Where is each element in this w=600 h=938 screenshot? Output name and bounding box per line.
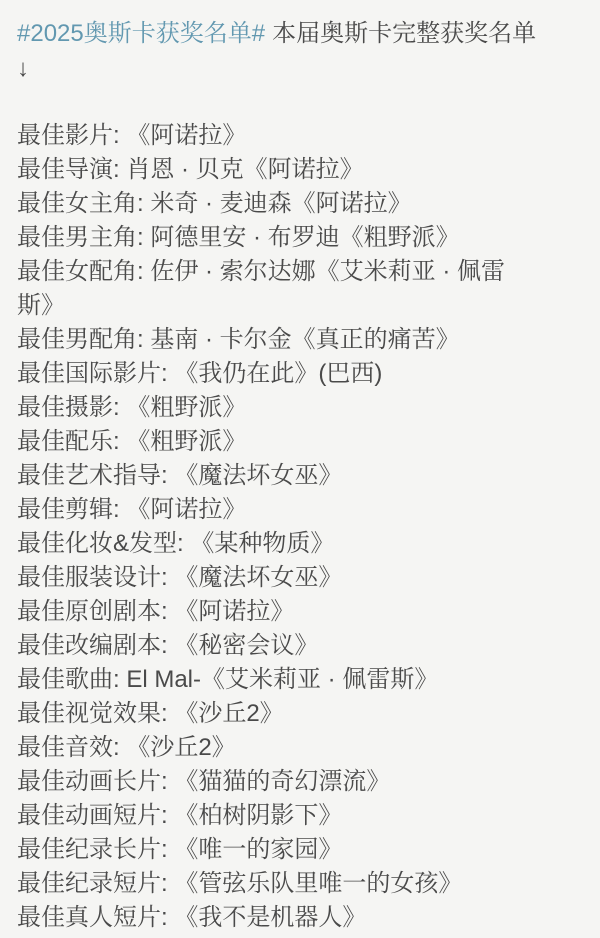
award-line: 最佳纪录长片: 《唯一的家园》 xyxy=(17,833,582,867)
award-line: 最佳男配角: 基南 · 卡尔金《真正的痛苦》 xyxy=(17,323,582,357)
award-line: 最佳动画长片: 《猫猫的奇幻漂流》 xyxy=(17,765,582,799)
weibo-post: #2025奥斯卡获奖名单#本届奥斯卡完整获奖名单 ↓ 最佳影片: 《阿诺拉》最佳… xyxy=(0,0,600,935)
award-line: 最佳真人短片: 《我不是机器人》 xyxy=(17,901,582,935)
award-line: 最佳影片: 《阿诺拉》 xyxy=(17,119,582,153)
awards-list: 最佳影片: 《阿诺拉》最佳导演: 肖恩 · 贝克《阿诺拉》最佳女主角: 米奇 ·… xyxy=(17,119,582,935)
award-line: 最佳艺术指导: 《魔法坏女巫》 xyxy=(17,459,582,493)
award-line: 最佳纪录短片: 《管弦乐队里唯一的女孩》 xyxy=(17,867,582,901)
award-line: 最佳男主角: 阿德里安 · 布罗迪《粗野派》 xyxy=(17,221,582,255)
award-line: 最佳女主角: 米奇 · 麦迪森《阿诺拉》 xyxy=(17,187,582,221)
award-line: 最佳原创剧本: 《阿诺拉》 xyxy=(17,595,582,629)
award-line: 斯》 xyxy=(17,289,582,323)
award-line: 最佳剪辑: 《阿诺拉》 xyxy=(17,493,582,527)
award-line: 最佳动画短片: 《柏树阴影下》 xyxy=(17,799,582,833)
award-line: 最佳女配角: 佐伊 · 索尔达娜《艾米莉亚 · 佩雷 xyxy=(17,255,582,289)
award-line: 最佳视觉效果: 《沙丘2》 xyxy=(17,697,582,731)
award-line: 最佳导演: 肖恩 · 贝克《阿诺拉》 xyxy=(17,153,582,187)
award-line: 最佳化妆&发型: 《某种物质》 xyxy=(17,527,582,561)
award-line: 最佳改编剧本: 《秘密会议》 xyxy=(17,629,582,663)
post-header: #2025奥斯卡获奖名单#本届奥斯卡完整获奖名单 ↓ xyxy=(17,16,582,86)
down-arrow-text: ↓ xyxy=(17,51,582,86)
award-line: 最佳摄影: 《粗野派》 xyxy=(17,391,582,425)
award-line: 最佳国际影片: 《我仍在此》(巴西) xyxy=(17,357,582,391)
award-line: 最佳配乐: 《粗野派》 xyxy=(17,425,582,459)
post-title-text: 本届奥斯卡完整获奖名单 xyxy=(272,20,536,47)
post-title-line: #2025奥斯卡获奖名单#本届奥斯卡完整获奖名单 xyxy=(17,16,582,51)
award-line: 最佳歌曲: El Mal-《艾米莉亚 · 佩雷斯》 xyxy=(17,663,582,697)
hashtag-link[interactable]: #2025奥斯卡获奖名单# xyxy=(17,20,265,47)
award-line: 最佳服装设计: 《魔法坏女巫》 xyxy=(17,561,582,595)
award-line: 最佳音效: 《沙丘2》 xyxy=(17,731,582,765)
